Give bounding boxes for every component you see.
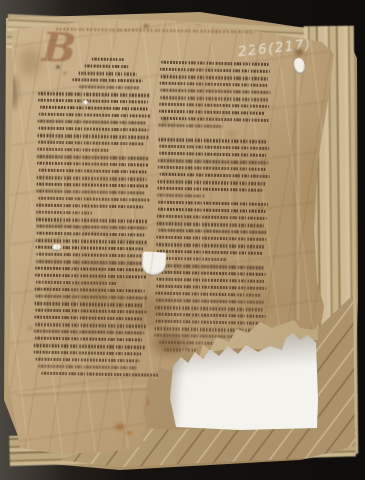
script-line xyxy=(38,106,198,116)
script-line xyxy=(155,299,285,309)
script-line xyxy=(156,243,286,253)
stain xyxy=(12,38,48,86)
script-line xyxy=(34,316,194,326)
script-line xyxy=(160,61,290,71)
script-line xyxy=(35,281,195,291)
script-line xyxy=(155,278,285,288)
script-line xyxy=(38,92,198,102)
script-line xyxy=(37,169,197,179)
stain xyxy=(63,71,67,75)
script-line xyxy=(36,232,196,242)
script-line xyxy=(157,194,287,204)
script-line xyxy=(158,152,288,162)
script-line xyxy=(157,180,287,190)
stain xyxy=(159,115,171,125)
script-line xyxy=(36,239,196,249)
script-line xyxy=(157,215,287,225)
parchment-hole xyxy=(83,100,88,106)
script-line xyxy=(156,229,286,239)
stain xyxy=(25,324,35,332)
parchment-hole xyxy=(52,244,62,252)
script-line xyxy=(158,138,288,148)
script-line xyxy=(33,358,193,368)
script-line xyxy=(158,159,288,169)
stain xyxy=(212,29,220,35)
script-line xyxy=(156,250,286,260)
script-line xyxy=(35,274,195,284)
script-line xyxy=(157,201,287,211)
script-line xyxy=(34,330,194,340)
script-line xyxy=(36,218,196,228)
stain xyxy=(30,90,150,270)
faded-inscription xyxy=(56,28,254,33)
shelfmark-pencil: 226(217) xyxy=(237,36,319,64)
script-line xyxy=(35,246,195,256)
script-line xyxy=(157,222,287,232)
script-line xyxy=(34,351,194,361)
script-line xyxy=(35,288,195,298)
script-line xyxy=(159,103,289,113)
parchment-hole xyxy=(293,57,306,74)
stain xyxy=(124,429,134,437)
stain xyxy=(253,45,257,49)
stain xyxy=(258,205,266,211)
script-line xyxy=(34,337,194,347)
script-line xyxy=(159,124,289,134)
script-line xyxy=(37,176,197,186)
script-line xyxy=(155,313,285,323)
script-line xyxy=(156,264,286,274)
stain xyxy=(141,22,151,30)
script-line xyxy=(157,208,287,218)
script-line xyxy=(158,131,288,141)
stain xyxy=(55,64,61,70)
script-line xyxy=(35,260,195,270)
stain xyxy=(165,30,245,150)
script-line xyxy=(37,155,197,165)
script-line xyxy=(38,113,198,123)
script-line xyxy=(34,309,194,319)
script-line xyxy=(37,162,197,172)
script-line xyxy=(160,75,290,85)
script-line xyxy=(156,257,286,267)
stain xyxy=(220,274,300,326)
script-line xyxy=(35,267,195,277)
script-line xyxy=(160,68,290,78)
script-line xyxy=(158,173,288,183)
script-line xyxy=(158,145,288,155)
script-line xyxy=(36,225,196,235)
stain xyxy=(128,284,176,340)
diagonal-crease xyxy=(41,217,149,248)
script-line xyxy=(35,253,195,263)
script-line xyxy=(36,197,196,207)
stain xyxy=(222,127,242,141)
script-line xyxy=(37,148,197,158)
script-line xyxy=(37,183,197,193)
script-line xyxy=(156,236,286,246)
script-line xyxy=(34,323,194,333)
stain xyxy=(45,242,155,338)
stain xyxy=(112,421,128,433)
script-line xyxy=(159,96,289,106)
script-line xyxy=(38,78,198,88)
manuscript-photograph: B 226(217) xyxy=(0,0,365,480)
script-line xyxy=(35,295,195,305)
script-line xyxy=(37,134,197,144)
script-line xyxy=(157,187,287,197)
script-line xyxy=(34,302,194,312)
script-line xyxy=(160,82,290,92)
script-line xyxy=(155,285,285,295)
vertical-crease xyxy=(293,58,300,320)
text-column-right xyxy=(154,61,290,358)
script-line xyxy=(39,64,199,74)
script-line xyxy=(159,117,289,127)
script-line xyxy=(38,85,198,95)
parchment-hole xyxy=(141,251,166,276)
script-line xyxy=(159,110,289,120)
script-line xyxy=(38,99,198,109)
script-line xyxy=(38,120,198,130)
script-line xyxy=(39,57,199,67)
script-line xyxy=(36,204,196,214)
script-line xyxy=(155,306,285,316)
text-column-left xyxy=(33,57,199,382)
script-line xyxy=(158,166,288,176)
script-line xyxy=(37,127,197,137)
script-line xyxy=(38,71,198,81)
script-line xyxy=(37,141,197,151)
script-line xyxy=(36,190,196,200)
script-line xyxy=(159,89,289,99)
script-line xyxy=(155,292,285,302)
script-line xyxy=(36,211,196,221)
horizontal-crease xyxy=(18,385,148,398)
stain xyxy=(292,46,306,58)
initial-letter: B xyxy=(41,25,94,78)
script-line xyxy=(156,271,286,281)
script-line xyxy=(34,344,194,354)
